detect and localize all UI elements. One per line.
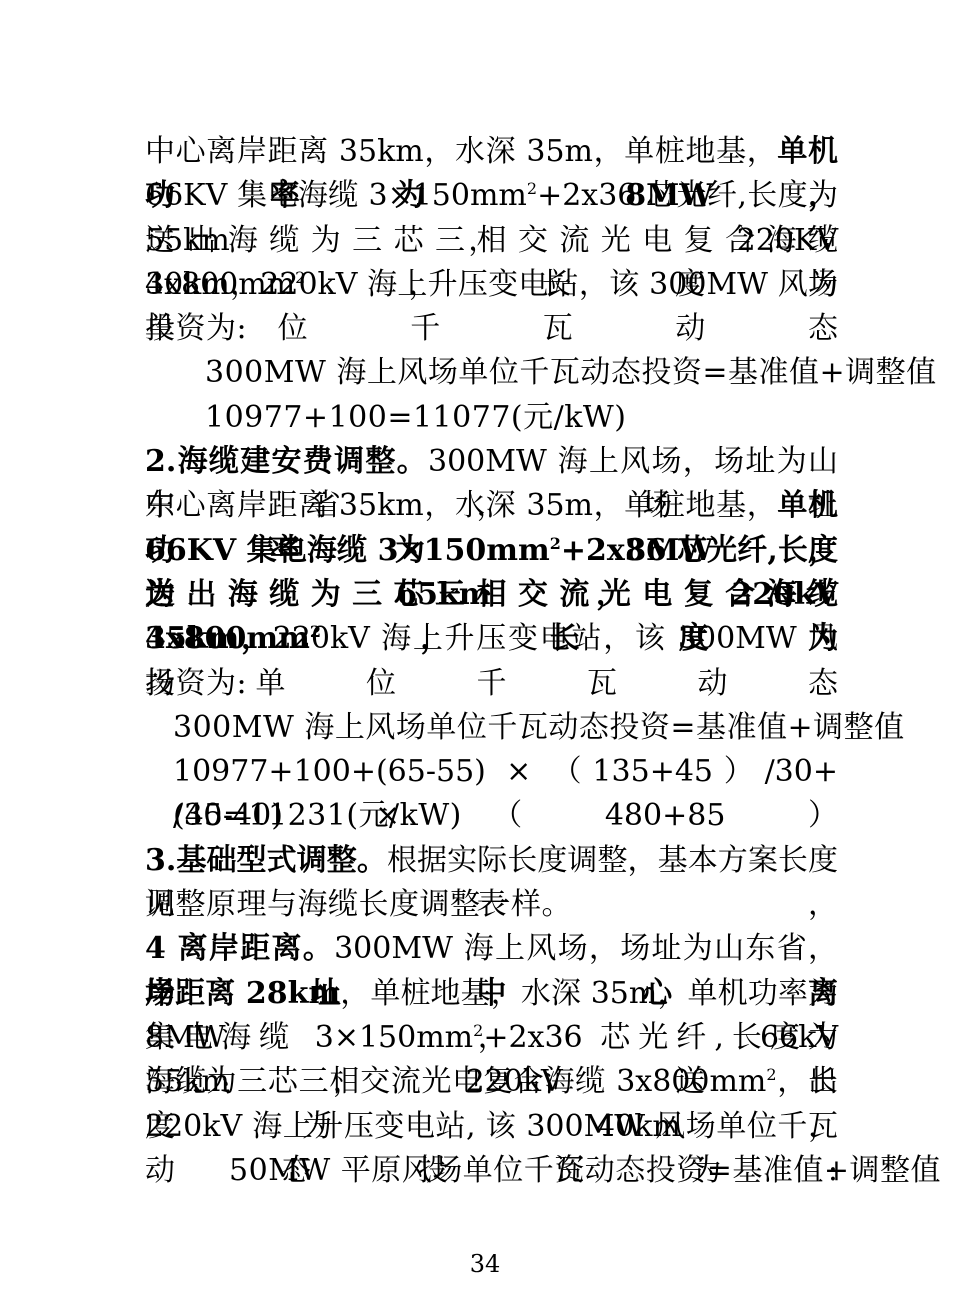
text-segment: 10977+100=11077(元/kW) (205, 400, 626, 435)
text-segment: 4 离岸距离。 (145, 931, 334, 966)
text-segment: 2.海缆建安费调整。 (145, 444, 428, 479)
text-segment: 投资为: (145, 311, 247, 346)
text-segment: 66KV 集电海缆 3×150mm (145, 178, 527, 213)
text-line: 300MW 海上风场单位千瓦动态投资=基准值+调整值 (145, 706, 838, 750)
text-segment: 300MW 海上风场单位千瓦动态投资=基准值+调整值 (173, 710, 905, 745)
text-line: 10977+100=11077(元/kW) (145, 396, 838, 440)
text-line: 10977+100+(65-55) × （135+45）/30+(45-40) … (145, 750, 838, 794)
text-line: 66KV 集电海缆 3×150mm2+2x36 芯光纤,长度为 55km，220… (145, 174, 838, 218)
text-line: 岸距离 28km，单桩地基，水深 35m，单机功率为 8MW，66kV (145, 972, 838, 1016)
document-body: 中心离岸距离 35km，水深 35m，单桩地基，单机功率为 8MW，66KV 集… (145, 130, 838, 1193)
text-segment: 40km，220kV 海上升压变电站，该 300MW 风场单位千瓦动态 (145, 267, 838, 346)
text-segment: 集电海缆 3×150mm (145, 1020, 473, 1055)
text-line: 送出海缆为三芯三相交流光电复合海缆 3x800mm2，长度为 (145, 573, 838, 617)
superscript: 2 (766, 1065, 776, 1084)
text-segment: 海缆为三芯三相交流光电复合海缆 3x800mm (145, 1064, 766, 1099)
text-segment: 投资为: (145, 666, 247, 701)
text-segment: 岸距离 28km (145, 976, 340, 1011)
text-line: 300MW 海上风场单位千瓦动态投资=基准值+调整值 (145, 351, 838, 395)
page-number: 34 (0, 1250, 970, 1278)
text-line: 集电海缆 3×150mm2+2x36 芯光纤,长度为 55km，220kV 送出 (145, 1016, 838, 1060)
text-line: 40km，220kV 海上升压变电站，该 300MW 风场单位千瓦动态 (145, 263, 838, 307)
text-line: 中心离岸距离 35km，水深 35m，单桩地基，单机功率为 8MW， (145, 130, 838, 174)
text-segment: 300MW 海上风场，场址为山东省， (334, 931, 838, 966)
text-line: 海缆为三芯三相交流光电复合海缆 3x800mm2，长度为 40km， (145, 1060, 838, 1104)
text-line: 送出海缆为三芯三相交流光电复合海缆 3x800mm2，长度为 (145, 219, 838, 263)
text-line: 50MW 平原风场单位千瓦动态投资=基准值+调整值 (145, 1149, 838, 1193)
superscript: 2 (527, 179, 537, 198)
text-segment: 300MW 海上风场单位千瓦动态投资=基准值+调整值 (205, 355, 937, 390)
text-line: 45km，220kV 海上升压变电站，该 300MW 风场单位千瓦动态 (145, 617, 838, 661)
text-line: 66KV 集电海缆 3×150mm2+2x36 芯光纤,长度为 65km，220… (145, 529, 838, 573)
document-page: 中心离岸距离 35km，水深 35m，单桩地基，单机功率为 8MW，66KV 集… (0, 0, 970, 1315)
text-line: 220kV 海上升压变电站, 该 300MW 风场单位千瓦动态投资为: (145, 1105, 838, 1149)
text-segment: /30=11231(元/kW) (173, 798, 462, 833)
superscript: 2 (473, 1021, 483, 1040)
text-segment: 50MW 平原风场单位千瓦动态投资=基准值+调整值 (229, 1153, 941, 1188)
text-segment: 中心离岸距离 35km，水深 35m，单桩地基， (145, 134, 777, 169)
superscript: 2 (550, 534, 561, 553)
text-segment: 调整原理与海缆长度调整一样。 (145, 887, 572, 922)
text-segment: 中心离岸距离 35km，水深 35m，单桩地基， (145, 488, 777, 523)
text-segment: 66KV 集电海缆 3×150mm (145, 533, 550, 568)
text-line: 3.基础型式调整。根据实际长度调整，基本方案长度见表， (145, 839, 838, 883)
text-line: 中心离岸距离 35km，水深 35m，单桩地基，单机功率为 8MW， (145, 484, 838, 528)
text-segment: 45km， (145, 621, 273, 656)
text-line: 2.海缆建安费调整。300MW 海上风场，场址为山东省，场址 (145, 440, 838, 484)
text-segment: 3.基础型式调整。 (145, 843, 387, 878)
text-line: 4 离岸距离。300MW 海上风场，场址为山东省，场址中心离 (145, 927, 838, 971)
